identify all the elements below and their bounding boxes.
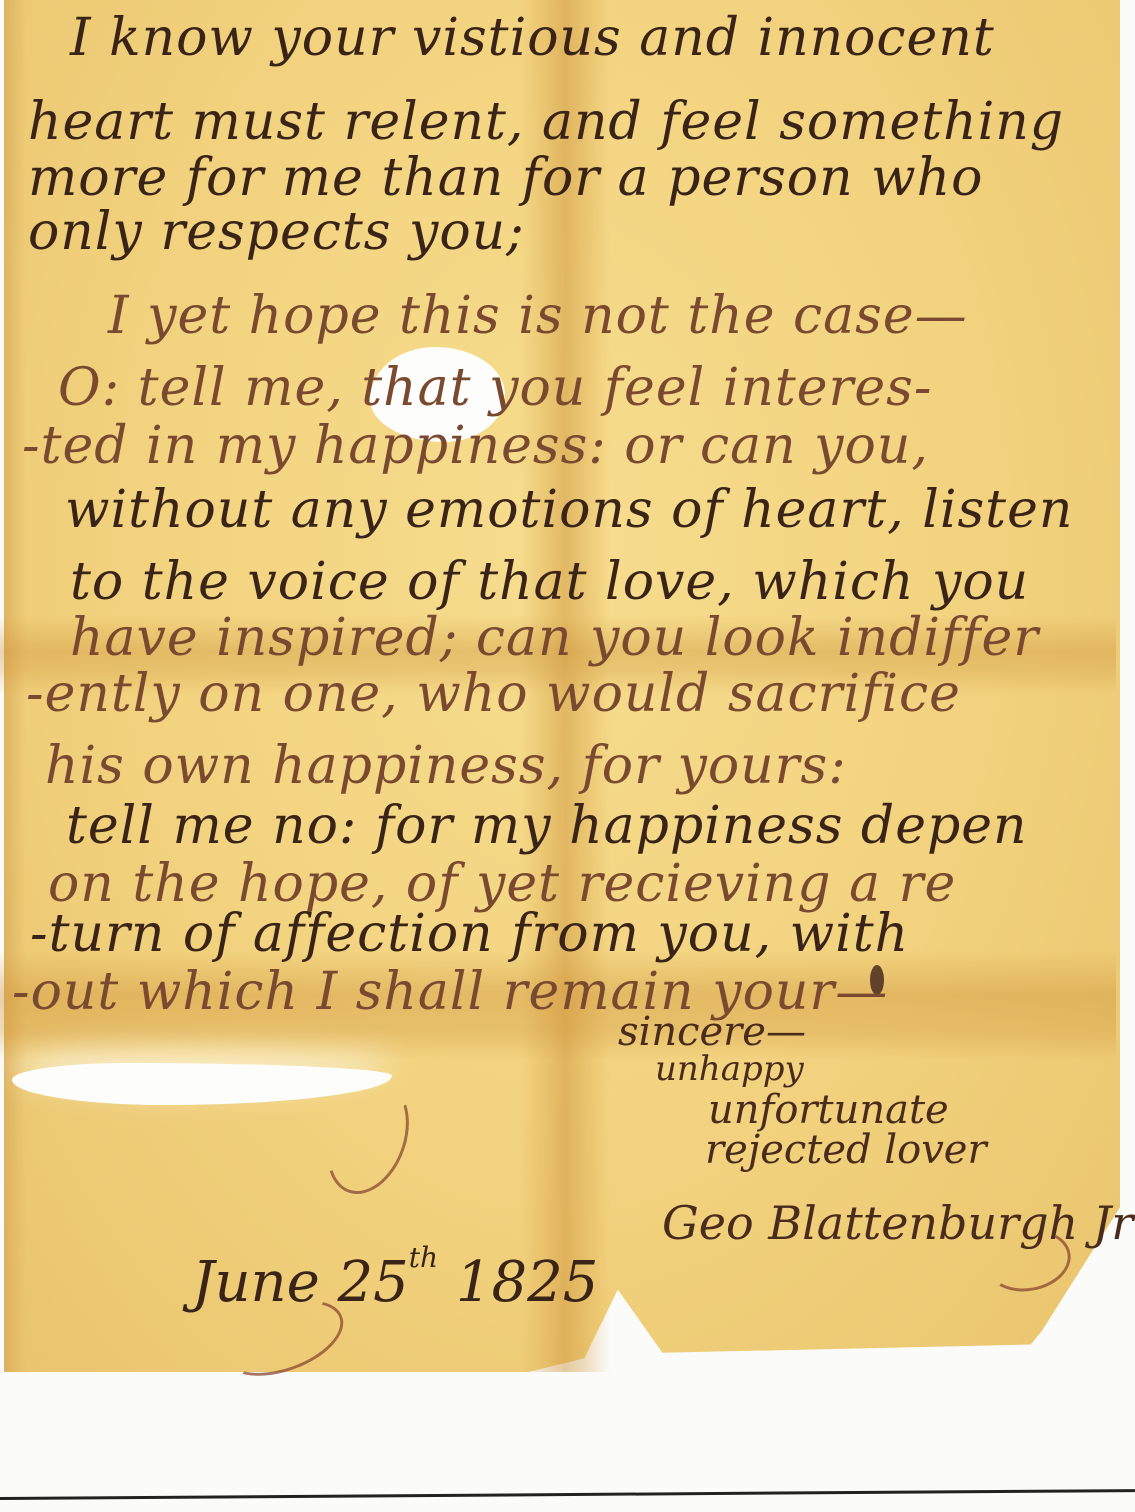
body-line-2: heart must relent, and feel something <box>28 96 1064 148</box>
body-line-3: more for me than for a person who <box>28 152 983 204</box>
body-line-6: O: tell me, that you feel interes- <box>58 362 932 414</box>
decorative-flourish-left <box>312 1071 423 1206</box>
body-line-15: -turn of affection from you, with <box>30 908 909 960</box>
date-year: 1825 <box>456 1250 599 1315</box>
letter-date: June 25th 1825 <box>192 1250 598 1315</box>
body-line-5: I yet hope this is not the case— <box>108 290 968 342</box>
body-line-7: -ted in my happiness: or can you, <box>22 420 929 472</box>
body-line-14: on the hope, of yet recieving a re <box>48 858 956 910</box>
body-line-12: his own happiness, for yours: <box>45 740 847 792</box>
body-line-4: only respects you; <box>28 206 525 258</box>
date-suffix: th <box>409 1241 438 1274</box>
closing-sincere: sincere— <box>618 1012 806 1052</box>
closing-unhappy: unhappy <box>655 1052 804 1086</box>
closing-rejected-lover: rejected lover <box>705 1130 987 1170</box>
body-line-9: to the voice of that love, which you <box>70 556 1029 608</box>
letter-text: I know your vistious and innocent heart … <box>0 0 1135 1512</box>
closing-unfortunate: unfortunate <box>708 1090 949 1130</box>
body-line-8: without any emotions of heart, listen <box>65 484 1073 536</box>
body-line-13: tell me no: for my happiness depen <box>66 800 1028 852</box>
body-line-11: -ently on one, who would sacrifice <box>26 668 961 720</box>
body-line-10: have inspired; can you look indiffer <box>70 612 1039 664</box>
body-line-1: I know your vistious and innocent <box>70 12 995 64</box>
